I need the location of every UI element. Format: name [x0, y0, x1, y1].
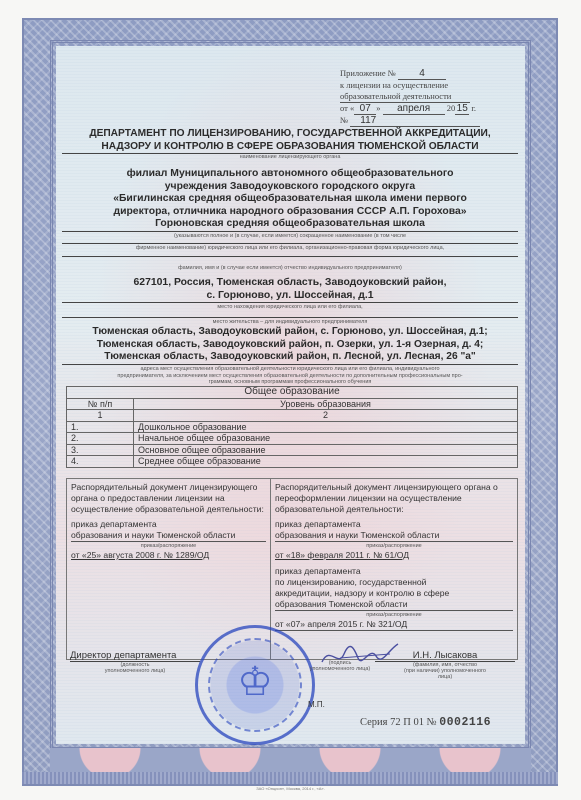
issuance-date: от «25» августа 2008 г. № 1289/ОД	[71, 550, 266, 561]
education-levels-table: Общее образование № п/п Уровень образова…	[66, 386, 518, 468]
reissue-heading: Распорядительный документ лицензирующего…	[275, 482, 513, 515]
date-prefix: от «	[340, 103, 354, 113]
issuance-order-line: приказ департамента	[71, 519, 266, 530]
blank-rule	[62, 238, 518, 244]
appendix-month: апреля	[383, 103, 445, 115]
header-number: № п/п	[67, 398, 134, 410]
appendix-year: 15	[455, 103, 469, 115]
table-title: Общее образование	[67, 387, 518, 399]
form-series: Серия 72 П 01 № 0002116	[360, 716, 491, 729]
reissue-order-line: образования и науки Тюменской области	[275, 530, 513, 542]
series-code: 72 П 01	[390, 717, 424, 728]
licensee-line: филиал Муниципального автономного общеоб…	[62, 168, 518, 181]
appendix-label: Приложение №	[340, 68, 396, 78]
address-line: Тюменская область, Заводоуковский район,…	[62, 339, 518, 352]
table-row: 3. Основное общее образование	[67, 444, 518, 456]
administrative-documents: Распорядительный документ лицензирующего…	[66, 478, 518, 660]
reissue-order2-line: аккредитации, надзору и контролю в сфере	[275, 588, 513, 599]
licensee-location: 627101, Россия, Тюменская область, Завод…	[62, 276, 518, 303]
stamp-place-label: М.П.	[308, 700, 325, 709]
issuance-caption: приказ/распоряжение	[71, 542, 266, 550]
table-row: 4. Среднее общее образование	[67, 456, 518, 468]
decorative-bottom-band	[22, 772, 558, 784]
addresses-caption: адреса мест осуществления образовательно…	[62, 366, 518, 386]
licensing-body: ДЕПАРТАМЕНТ ПО ЛИЦЕНЗИРОВАНИЮ, ГОСУДАРСТ…	[62, 128, 518, 154]
license-appendix-document: ЗАО «Опцион», Москва, 2014 г., «А». Прил…	[0, 0, 581, 800]
blank-rule	[62, 309, 518, 318]
row-level: Дошкольное образование	[134, 421, 518, 433]
signatory-name-block: И.Н. Лысакова (фамилия, имя, отчество (п…	[375, 650, 515, 680]
issuance-order-line: образования и науки Тюменской области	[71, 530, 266, 542]
row-level: Среднее общее образование	[134, 456, 518, 468]
appendix-line2: к лицензии на осуществление	[340, 80, 520, 91]
table-row: 2. Начальное общее образование	[67, 433, 518, 445]
date-mid: »	[376, 103, 380, 113]
signature-caption-block: (подпись уполномоченного лица)	[300, 660, 380, 672]
row-number: 1.	[67, 421, 134, 433]
licensing-body-line1: ДЕПАРТАМЕНТ ПО ЛИЦЕНЗИРОВАНИЮ, ГОСУДАРСТ…	[62, 128, 518, 141]
reissue-caption: приказ/распоряжение	[275, 542, 513, 550]
license-number-line: № 117	[340, 115, 520, 127]
signatory-position: Директор департамента	[70, 650, 200, 662]
activity-addresses: Тюменская область, Заводоуковский район,…	[62, 326, 518, 365]
appendix-line3: образовательной деятельности	[340, 91, 470, 103]
index-cell: 2	[134, 410, 518, 422]
row-level: Начальное общее образование	[134, 433, 518, 445]
appendix-day: 07	[354, 103, 376, 115]
header-level: Уровень образования	[134, 398, 518, 410]
row-number: 2.	[67, 433, 134, 445]
reissue-order-line: приказ департамента	[275, 519, 513, 530]
caption-line: граммам, основным программам профессиона…	[62, 379, 518, 386]
position-caption: уполномоченного лица)	[70, 668, 200, 674]
location-line: с. Горюново, ул. Шоссейная, д.1	[62, 289, 518, 303]
blank-rule	[62, 250, 518, 257]
issuance-heading: Распорядительный документ лицензирующего…	[71, 482, 266, 515]
licensing-body-caption: наименование лицензирующего органа	[62, 154, 518, 160]
reissue-order2-line: образования Тюменской области	[275, 599, 513, 611]
reissue-date-1: от «18» февраля 2011 г. № 61/ОД	[275, 550, 513, 561]
table-header-row: № п/п Уровень образования	[67, 398, 518, 410]
signatory-position-block: Директор департамента (должность уполном…	[70, 650, 200, 674]
series-label: Серия	[360, 717, 388, 728]
signature-caption: уполномоченного лица)	[300, 666, 380, 672]
name-caption: лица)	[375, 674, 515, 680]
row-level: Основное общее образование	[134, 444, 518, 456]
licensee-line: директора, отличника народного образован…	[62, 206, 518, 219]
printer-imprint: ЗАО «Опцион», Москва, 2014 г., «А».	[0, 786, 581, 791]
license-no-label: №	[340, 115, 348, 125]
official-seal: ♔	[195, 625, 315, 745]
licensee-caption-3: фамилия, имя и (в случае если имеется) о…	[62, 265, 518, 271]
appendix-number: 4	[398, 68, 446, 80]
reissue-date-2: от «07» апреля 2015 г. № 321/ОД	[275, 619, 513, 631]
year-end: г.	[471, 103, 476, 113]
double-headed-eagle-icon: ♔	[198, 662, 312, 702]
row-number: 3.	[67, 444, 134, 456]
form-number: 0002116	[439, 716, 491, 729]
location-line: 627101, Россия, Тюменская область, Завод…	[62, 276, 518, 289]
appendix-header: Приложение № 4 к лицензии на осуществлен…	[340, 68, 520, 127]
reissue-order2-line: по лицензированию, государственной	[275, 577, 513, 588]
licensing-body-line2: НАДЗОРУ И КОНТРОЛЮ В СФЕРЕ ОБРАЗОВАНИЯ Т…	[62, 141, 518, 155]
year-prefix: 20	[447, 103, 456, 113]
row-number: 4.	[67, 456, 134, 468]
table-title-row: Общее образование	[67, 387, 518, 399]
licensee-line: «Бигилинская средняя общеобразовательная…	[62, 193, 518, 206]
decorative-bottom-scallop	[50, 748, 531, 772]
signatory-name: И.Н. Лысакова	[375, 650, 515, 662]
appendix-number-line: Приложение № 4	[340, 68, 520, 80]
index-cell: 1	[67, 410, 134, 422]
licensee-name: филиал Муниципального автономного общеоб…	[62, 168, 518, 232]
form-number-label: №	[427, 717, 437, 728]
table-row: 1. Дошкольное образование	[67, 421, 518, 433]
table-index-row: 1 2	[67, 410, 518, 422]
residence-caption: место жительства – для индивидуального п…	[62, 319, 518, 325]
reissue-order2-line: приказ департамента	[275, 566, 513, 577]
license-number: 117	[350, 115, 480, 127]
licensee-line: Горюновская средняя общеобразовательная …	[62, 218, 518, 232]
address-line: Тюменская область, Заводоуковский район,…	[62, 326, 518, 339]
address-line: Тюменская область, Заводоуковский район,…	[62, 351, 518, 365]
appendix-date-line: от «07» апреля 2015 г.	[340, 103, 520, 115]
reissue-caption: приказ/распоряжение	[275, 611, 513, 619]
licensee-line: учреждения Заводоуковского городского ок…	[62, 181, 518, 194]
reissue-document: Распорядительный документ лицензирующего…	[271, 479, 517, 659]
